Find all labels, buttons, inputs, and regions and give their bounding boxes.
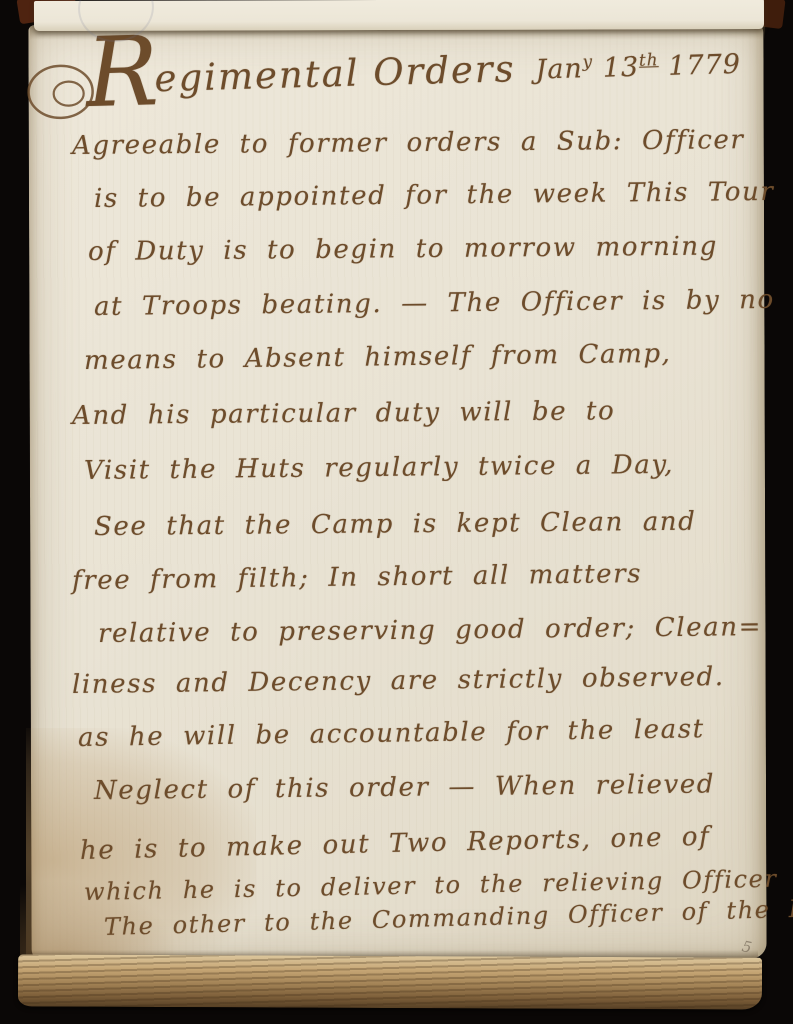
date-month-sup: y [582, 51, 593, 71]
date-ordinal: th [639, 49, 659, 70]
date-year: 1779 [668, 49, 742, 82]
date-month: Jan [535, 53, 583, 85]
date-day: 13 [602, 52, 639, 84]
title-date: Jany 13th 1779 [535, 47, 742, 100]
manuscript-line: See that the Camp is kept Clean and [94, 507, 697, 542]
manuscript-line: of Duty is to begin to morrow morning [88, 232, 718, 267]
manuscript-photo: R egimental Orders Jany 13th 1779 Agreea… [0, 0, 793, 1024]
manuscript-line: Agreeable to former orders a Sub: Office… [72, 125, 745, 161]
initial-flourish-icon [24, 55, 96, 131]
page-stack-edges [18, 954, 762, 1009]
title-text: egimental Orders [154, 47, 516, 110]
manuscript-line: And his particular duty will be to [72, 396, 616, 431]
title-initial: R [85, 33, 159, 112]
manuscript-line: Visit the Huts regularly twice a Day, [84, 450, 674, 486]
